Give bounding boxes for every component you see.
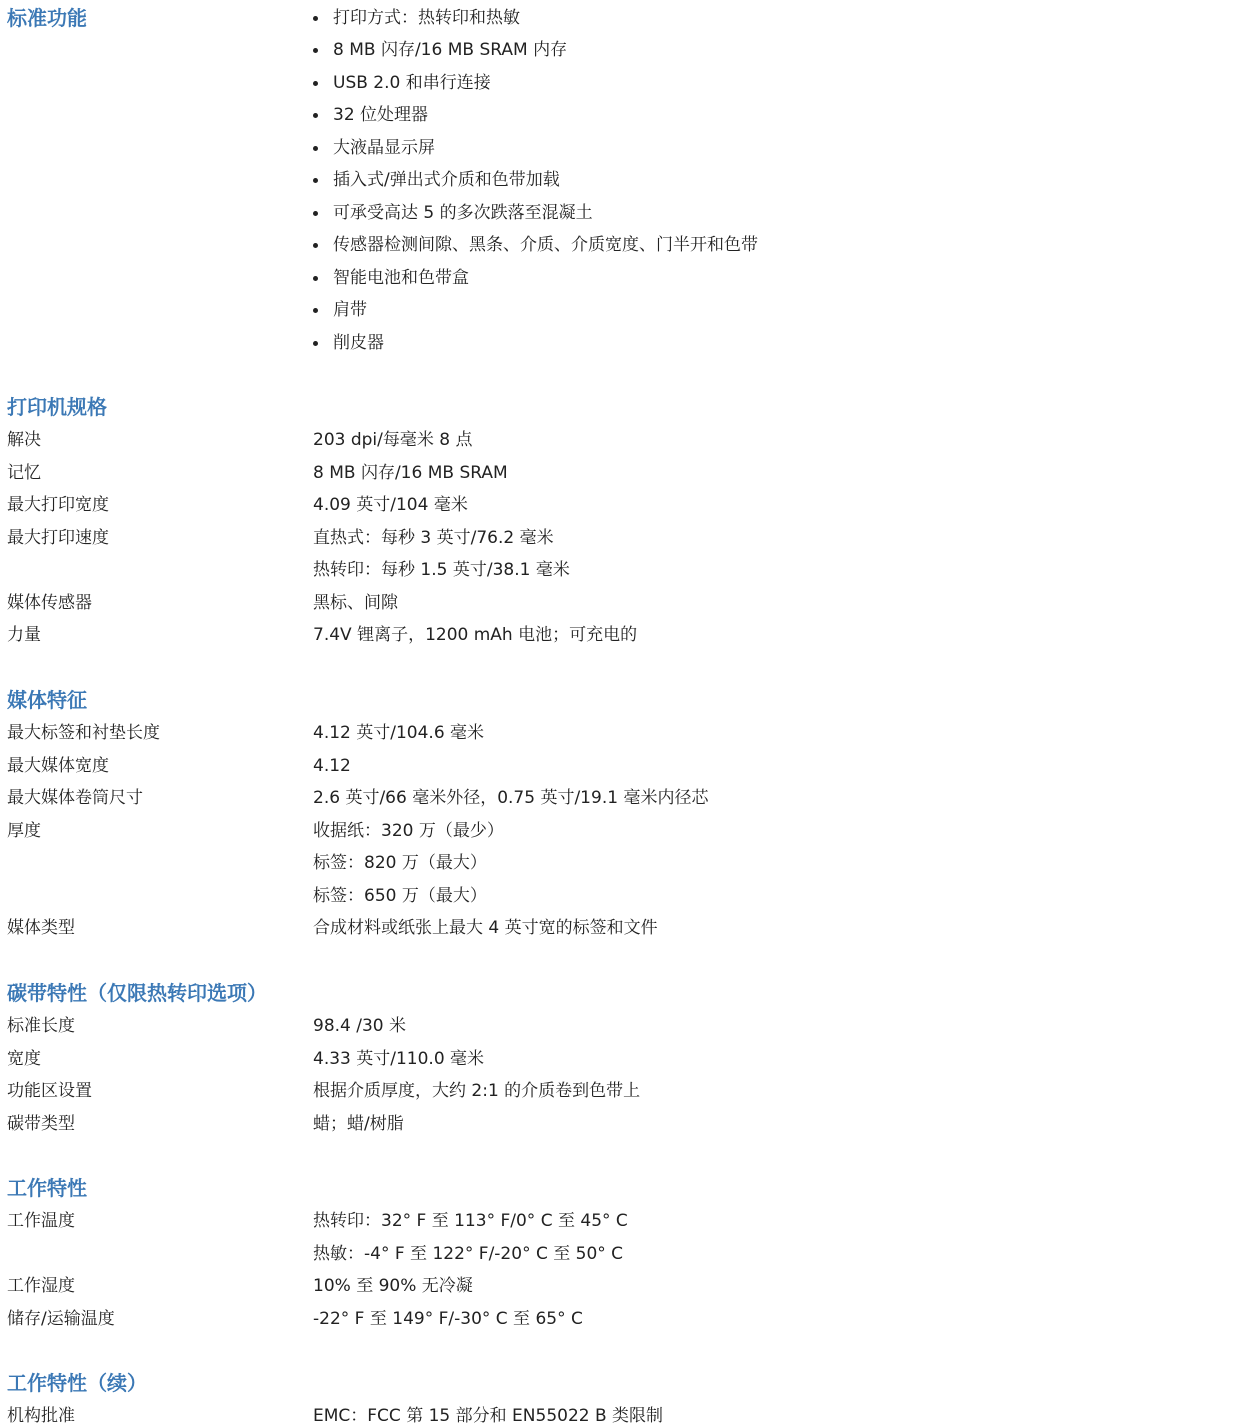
section-heading: 碳带特性（仅限热转印选项） — [7, 979, 267, 1007]
spec-row: 标签：650 万（最大） — [0, 882, 1239, 914]
spec-row: 解决203 dpi/每毫米 8 点 — [0, 426, 1239, 458]
section-heading: 标准功能 — [7, 4, 87, 32]
spec-row: 力量7.4V 锂离子，1200 mAh 电池；可充电的 — [0, 621, 1239, 653]
bullet-icon — [313, 113, 318, 118]
section-heading: 打印机规格 — [7, 393, 107, 421]
bullet-icon — [313, 81, 318, 86]
spec-row: 媒体传感器黑标、间隙 — [0, 589, 1239, 621]
spec-row: 最大标签和衬垫长度4.12 英寸/104.6 毫米 — [0, 719, 1239, 751]
bullet-icon — [313, 243, 318, 248]
spec-row: 厚度收据纸：320 万（最少） — [0, 817, 1239, 849]
spec-row: 工作温度热转印：32° F 至 113° F/0° C 至 45° C — [0, 1207, 1239, 1239]
spec-row: 最大媒体宽度4.12 — [0, 752, 1239, 784]
spec-row: 最大媒体卷筒尺寸2.6 英寸/66 毫米外径，0.75 英寸/19.1 毫米内径… — [0, 784, 1239, 816]
section-heading: 工作特性（续） — [7, 1369, 147, 1397]
spec-row: 工作湿度10% 至 90% 无冷凝 — [0, 1272, 1239, 1304]
section-heading: 工作特性 — [7, 1174, 87, 1202]
spec-row: 机构批准EMC：FCC 第 15 部分和 EN55022 B 类限制 — [0, 1402, 1239, 1426]
section-heading: 媒体特征 — [7, 686, 87, 714]
bullet-icon — [313, 178, 318, 183]
spec-row: 记忆8 MB 闪存/16 MB SRAM — [0, 459, 1239, 491]
bullet-icon — [313, 48, 318, 53]
spec-row: 功能区设置根据介质厚度，大约 2:1 的介质卷到色带上 — [0, 1077, 1239, 1109]
bullet-icon — [313, 308, 318, 313]
spec-row: 宽度4.33 英寸/110.0 毫米 — [0, 1045, 1239, 1077]
spec-row: 储存/运输温度-22° F 至 149° F/-30° C 至 65° C — [0, 1305, 1239, 1337]
spec-row: 标签：820 万（最大） — [0, 849, 1239, 881]
bullet-icon — [313, 276, 318, 281]
spec-row: 热敏：-4° F 至 122° F/-20° C 至 50° C — [0, 1240, 1239, 1272]
spec-row: 标准长度98.4 /30 米 — [0, 1012, 1239, 1044]
spec-row: 热转印：每秒 1.5 英寸/38.1 毫米 — [0, 556, 1239, 588]
spec-row: 最大打印宽度4.09 英寸/104 毫米 — [0, 491, 1239, 523]
spec-row: 媒体类型合成材料或纸张上最大 4 英寸宽的标签和文件 — [0, 914, 1239, 946]
bullet-icon — [313, 341, 318, 346]
spec-row: 碳带类型蜡；蜡/树脂 — [0, 1110, 1239, 1142]
bullet-icon — [313, 16, 318, 21]
bullet-icon — [313, 146, 318, 151]
bullet-icon — [313, 211, 318, 216]
spec-row: 最大打印速度直热式：每秒 3 英寸/76.2 毫米 — [0, 524, 1239, 556]
